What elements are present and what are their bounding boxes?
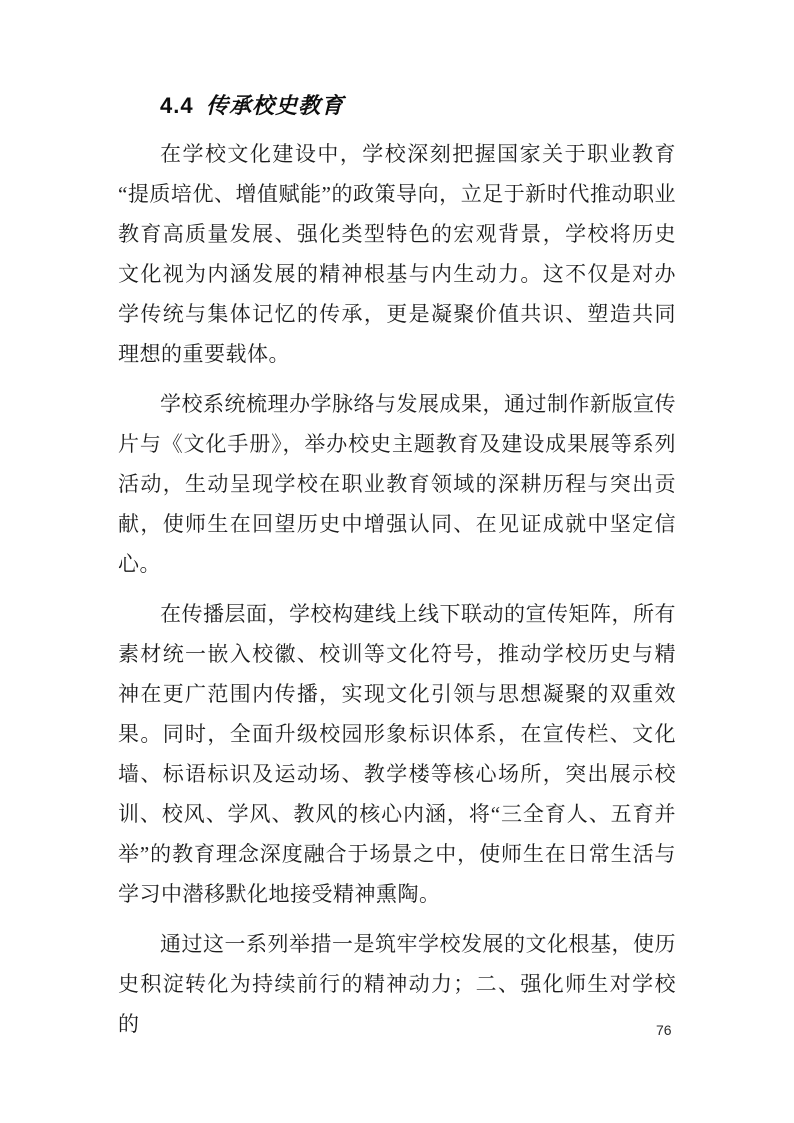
section-heading-title: 传承校史教育 xyxy=(206,93,344,118)
section-heading: 4.4 传承校史教育 xyxy=(160,92,676,120)
body-paragraph-3: 在传播层面，学校构建线上线下联动的宣传矩阵，所有素材统一嵌入校徽、校训等文化符号… xyxy=(118,594,676,914)
document-content: 4.4 传承校史教育 在学校文化建设中，学校深刻把握国家关于职业教育“提质培优、… xyxy=(118,92,676,1054)
body-paragraph-1: 在学校文化建设中，学校深刻把握国家关于职业教育“提质培优、增值赋能”的政策导向，… xyxy=(118,134,676,374)
page-number: 76 xyxy=(656,1021,672,1039)
section-heading-number: 4.4 xyxy=(160,93,194,118)
body-paragraph-2: 学校系统梳理办学脉络与发展成果，通过制作新版宣传片与《文化手册》，举办校史主题教… xyxy=(118,384,676,584)
body-paragraph-4: 通过这一系列举措一是筑牢学校发展的文化根基，使历史积淀转化为持续前行的精神动力；… xyxy=(118,924,676,1044)
document-page: 4.4 传承校史教育 在学校文化建设中，学校深刻把握国家关于职业教育“提质培优、… xyxy=(0,0,794,1123)
